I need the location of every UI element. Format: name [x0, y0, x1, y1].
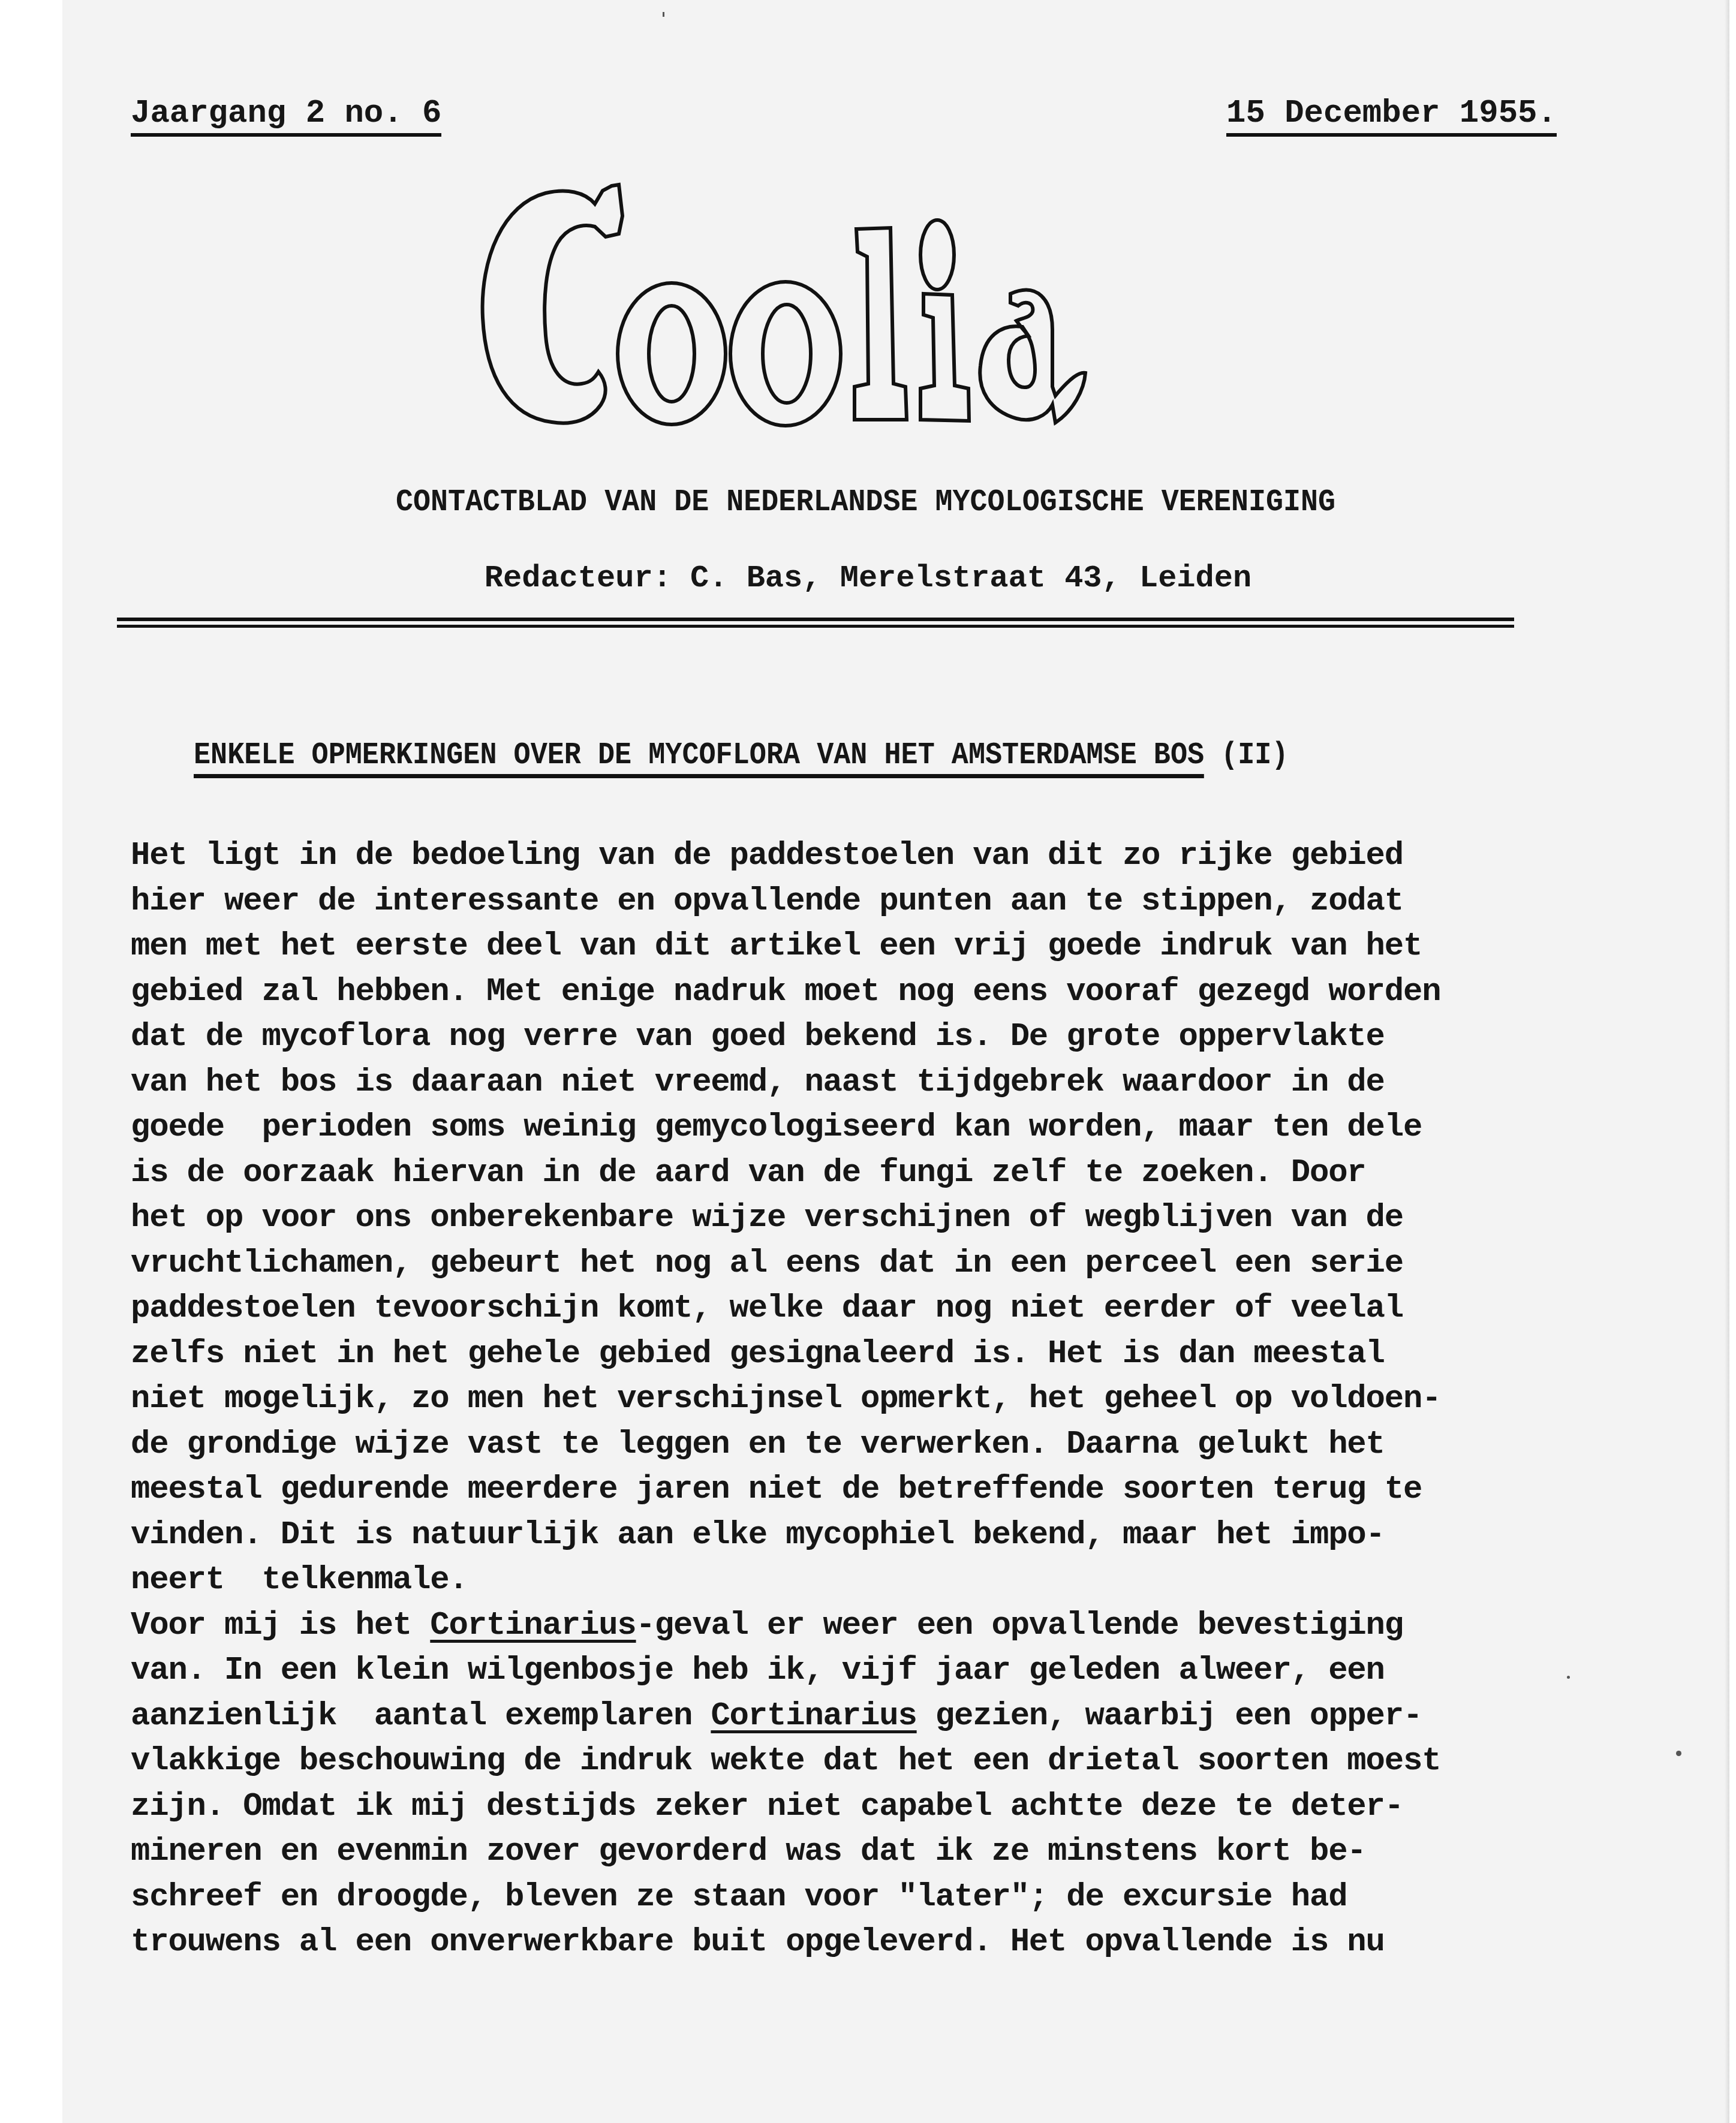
article-title-text: ENKELE OPMERKINGEN OVER DE MYCOFLORA VAN…	[194, 737, 1204, 778]
text-span: zijn. Omdat ik mij destijds zeker niet c…	[131, 1788, 1403, 1825]
text-line: vruchtlichamen, gebeurt het nog al eens …	[131, 1241, 1594, 1287]
text-line: niet mogelijk, zo men het verschijnsel o…	[131, 1377, 1594, 1422]
text-line: van. In een klein wilgenbosje heb ik, vi…	[131, 1648, 1594, 1694]
text-span: van het bos is daaraan niet vreemd, naas…	[131, 1064, 1385, 1101]
article-title-part: (II)	[1221, 737, 1288, 773]
text-line: is de oorzaak hiervan in de aard van de …	[131, 1151, 1594, 1196]
scan-speck	[1567, 1676, 1570, 1679]
text-line: de grondige wijze vast te leggen en te v…	[131, 1422, 1594, 1468]
text-line: vinden. Dit is natuurlijk aan elke mycop…	[131, 1513, 1594, 1558]
text-span: hier weer de interessante en opvallende …	[131, 883, 1403, 920]
text-span: gezien, waarbij een opper-	[917, 1698, 1422, 1734]
text-line: het op voor ons onberekenbare wijze vers…	[131, 1195, 1594, 1241]
text-span: vlakkige beschouwing de indruk wekte dat…	[131, 1743, 1440, 1779]
text-span: mineren en evenmin zover gevorderd was d…	[131, 1833, 1366, 1870]
text-span: paddestoelen tevoorschijn komt, welke da…	[131, 1290, 1403, 1327]
text-span: meestal gedurende meerdere jaren niet de…	[131, 1471, 1422, 1508]
text-span: is de oorzaak hiervan in de aard van de …	[131, 1155, 1366, 1191]
text-span: Voor mij is het	[131, 1607, 430, 1644]
text-line: Het ligt in de bedoeling van de paddesto…	[131, 833, 1594, 879]
editor-line: Redacteur: C. Bas, Merelstraat 43, Leide…	[0, 561, 1736, 596]
scan-speck	[663, 12, 664, 17]
text-span: het op voor ons onberekenbare wijze vers…	[131, 1200, 1403, 1236]
text-span: niet mogelijk, zo men het verschijnsel o…	[131, 1381, 1440, 1417]
text-span: gebied zal hebben. Met enige nadruk moet…	[131, 974, 1440, 1010]
divider-rule-bottom	[117, 625, 1514, 628]
text-span: schreef en droogde, bleven ze staan voor…	[131, 1879, 1347, 1916]
text-line: hier weer de interessante en opvallende …	[131, 879, 1594, 925]
paper-edge	[1725, 0, 1729, 2123]
text-line: aanzienlijk aantal exemplaren Cortinariu…	[131, 1694, 1594, 1739]
text-line: mineren en evenmin zover gevorderd was d…	[131, 1829, 1594, 1875]
text-span: de grondige wijze vast te leggen en te v…	[131, 1426, 1385, 1463]
text-span: Het ligt in de bedoeling van de paddesto…	[131, 838, 1403, 874]
coolia-logo	[462, 180, 1205, 432]
masthead-subtitle: CONTACTBLAD VAN DE NEDERLANDSE MYCOLOGIS…	[58, 484, 1672, 520]
text-span: neert telkenmale.	[131, 1562, 468, 1598]
scan-speck	[1676, 1751, 1681, 1756]
article-title: ENKELE OPMERKINGEN OVER DE MYCOFLORA VAN…	[194, 737, 1289, 773]
text-line: goede perioden soms weinig gemycologisee…	[131, 1105, 1594, 1151]
divider-rule-top	[117, 618, 1514, 621]
text-line: zelfs niet in het gehele gebied gesignal…	[131, 1332, 1594, 1377]
text-span: men met het eerste deel van dit artikel …	[131, 928, 1422, 965]
text-line: gebied zal hebben. Met enige nadruk moet…	[131, 969, 1594, 1015]
text-span: van. In een klein wilgenbosje heb ik, vi…	[131, 1652, 1385, 1689]
text-span: trouwens al een onverwerkbare buit opgel…	[131, 1924, 1385, 1961]
text-span: dat de mycoflora nog verre van goed beke…	[131, 1019, 1385, 1055]
genus-name: Cortinarius	[430, 1607, 636, 1644]
text-span: vinden. Dit is natuurlijk aan elke mycop…	[131, 1517, 1385, 1553]
volume-number: Jaargang 2 no. 6	[131, 96, 441, 137]
text-span: vruchtlichamen, gebeurt het nog al eens …	[131, 1245, 1403, 1282]
text-span: -geval er weer een opvallende bevestigin…	[636, 1607, 1403, 1644]
text-line: paddestoelen tevoorschijn komt, welke da…	[131, 1286, 1594, 1332]
issue-date: 15 December 1955.	[1226, 96, 1557, 137]
logo-outline-lettering	[462, 180, 1205, 432]
text-line: zijn. Omdat ik mij destijds zeker niet c…	[131, 1784, 1594, 1830]
article-body: Het ligt in de bedoeling van de paddesto…	[131, 833, 1594, 1965]
text-line: neert telkenmale.	[131, 1558, 1594, 1603]
text-line: van het bos is daaraan niet vreemd, naas…	[131, 1060, 1594, 1106]
text-span: zelfs niet in het gehele gebied gesignal…	[131, 1336, 1385, 1372]
text-line: vlakkige beschouwing de indruk wekte dat…	[131, 1739, 1594, 1784]
text-span: goede perioden soms weinig gemycologisee…	[131, 1109, 1422, 1146]
text-line: trouwens al een onverwerkbare buit opgel…	[131, 1920, 1594, 1965]
text-line: meestal gedurende meerdere jaren niet de…	[131, 1467, 1594, 1513]
text-line: men met het eerste deel van dit artikel …	[131, 924, 1594, 969]
text-line: Voor mij is het Cortinarius-geval er wee…	[131, 1603, 1594, 1649]
text-line: schreef en droogde, bleven ze staan voor…	[131, 1875, 1594, 1920]
text-span: aanzienlijk aantal exemplaren	[131, 1698, 711, 1734]
text-line: dat de mycoflora nog verre van goed beke…	[131, 1014, 1594, 1060]
genus-name: Cortinarius	[711, 1698, 916, 1734]
